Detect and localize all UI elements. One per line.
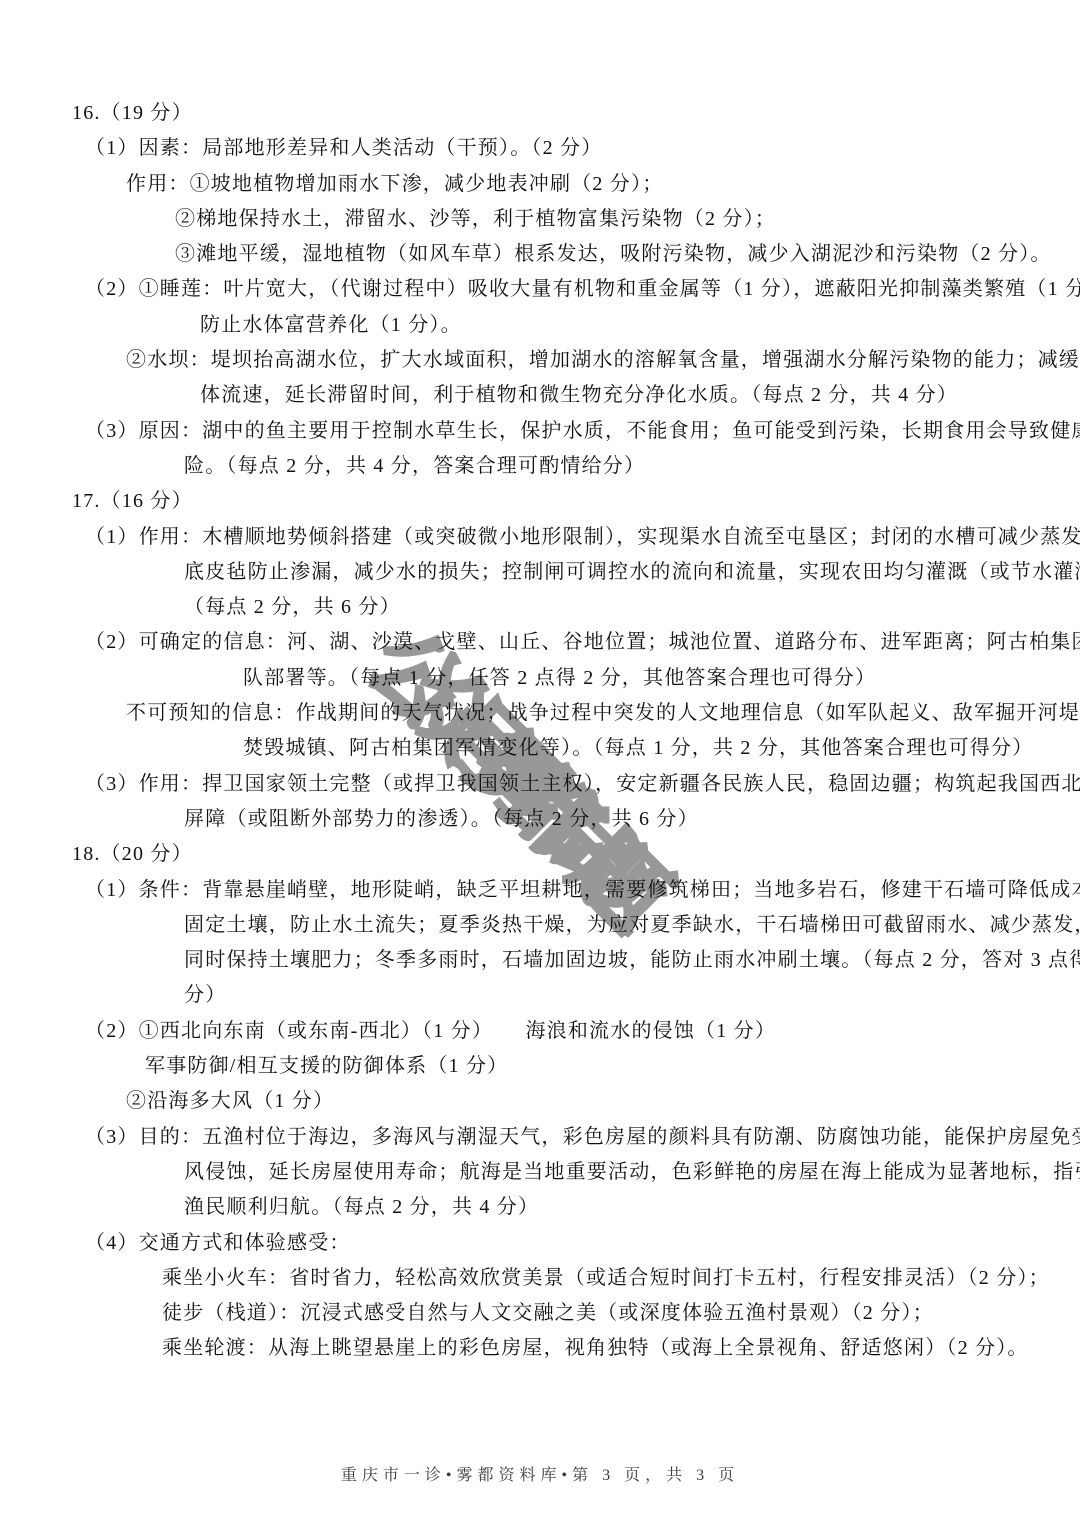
page-footer: 重庆市一诊•雾都资料库•第 3 页，共 3 页 xyxy=(0,1462,1080,1485)
question-heading: 18.（20 分） xyxy=(0,837,1080,872)
answer-line: （1）因素：局部地形差异和人类活动（干预）。（2 分） xyxy=(0,131,1080,166)
answer-line: 队部署等。（每点 1 分，任答 2 点得 2 分，其他答案合理也可得分） xyxy=(0,661,1080,696)
answer-line: （2）可确定的信息：河、湖、沙漠、戈壁、山丘、谷地位置；城池位置、道路分布、进军… xyxy=(0,625,1080,660)
answer-line: 乘坐轮渡：从海上眺望悬崖上的彩色房屋，视角独特（或海上全景视角、舒适悠闲）（2 … xyxy=(0,1331,1080,1366)
question-heading: 16.（19 分） xyxy=(0,96,1080,131)
answer-line: 分） xyxy=(0,978,1080,1013)
answer-line: 渔民顺利归航。（每点 2 分，共 4 分） xyxy=(0,1190,1080,1225)
answer-line: （2）①睡莲：叶片宽大，（代谢过程中）吸收大量有机物和重金属等（1 分），遮蔽阳… xyxy=(0,272,1080,307)
answer-line: 底皮毡防止渗漏，减少水的损失；控制闸可调控水的流向和流量，实现农田均匀灌溉（或节… xyxy=(0,555,1080,590)
document-content: 16.（19 分） （1）因素：局部地形差异和人类活动（干预）。（2 分） 作用… xyxy=(0,96,1080,1367)
answer-line: （3）作用：捍卫国家领土完整（或捍卫我国领土主权），安定新疆各民族人民，稳固边疆… xyxy=(0,767,1080,802)
question-16-answers: 16.（19 分） （1）因素：局部地形差异和人类活动（干预）。（2 分） 作用… xyxy=(0,96,1080,484)
answer-line: （3）原因：湖中的鱼主要用于控制水草生长，保护水质，不能食用；鱼可能受到污染，长… xyxy=(0,414,1080,449)
answer-line: 军事防御/相互支援的防御体系（1 分） xyxy=(0,1049,1080,1084)
answer-line: 体流速，延长滞留时间，利于植物和微生物充分净化水质。（每点 2 分，共 4 分） xyxy=(0,378,1080,413)
answer-line: ②水坝：堤坝抬高湖水位，扩大水域面积，增加湖水的溶解氧含量，增强湖水分解污染物的… xyxy=(0,343,1080,378)
answer-line: 屏障（或阻断外部势力的渗透）。（每点 2 分，共 6 分） xyxy=(0,802,1080,837)
answer-line: ③滩地平缓，湿地植物（如风车草）根系发达，吸附污染物，减少入湖泥沙和污染物（2 … xyxy=(0,237,1080,272)
answer-line: 不可预知的信息：作战期间的天气状况；战争过程中突发的人文地理信息（如军队起义、敌… xyxy=(0,696,1080,731)
question-17-answers: 17.（16 分） （1）作用：木槽顺地势倾斜搭建（或突破微小地形限制），实现渠… xyxy=(0,484,1080,837)
answer-line: 险。（每点 2 分，共 4 分，答案合理可酌情给分） xyxy=(0,449,1080,484)
answer-line: （2）①西北向东南（或东南-西北）（1 分） 海浪和流水的侵蚀（1 分） xyxy=(0,1014,1080,1049)
answer-line: （3）目的：五渔村位于海边，多海风与潮湿天气，彩色房屋的颜料具有防潮、防腐蚀功能… xyxy=(0,1120,1080,1155)
answer-line: ②梯地保持水土，滞留水、沙等，利于植物富集污染物（2 分）； xyxy=(0,202,1080,237)
answer-line: 焚毁城镇、阿古柏集团军情变化等）。（每点 1 分，共 2 分，其他答案合理也可得… xyxy=(0,731,1080,766)
answer-line: （每点 2 分，共 6 分） xyxy=(0,590,1080,625)
answer-line: 徒步（栈道）：沉浸式感受自然与人文交融之美（或深度体验五渔村景观）（2 分）； xyxy=(0,1296,1080,1331)
answer-line: （1）作用：木槽顺地势倾斜搭建（或突破微小地形限制），实现渠水自流至屯垦区；封闭… xyxy=(0,520,1080,555)
question-18-answers: 18.（20 分） （1）条件：背靠悬崖峭壁，地形陡峭，缺乏平坦耕地，需要修筑梯… xyxy=(0,837,1080,1366)
answer-line: 同时保持土壤肥力；冬季多雨时，石墙加固边坡，能防止雨水冲刷土壤。（每点 2 分，… xyxy=(0,943,1080,978)
answer-line: （1）条件：背靠悬崖峭壁，地形陡峭，缺乏平坦耕地，需要修筑梯田；当地多岩石，修建… xyxy=(0,873,1080,908)
answer-line: 乘坐小火车：省时省力，轻松高效欣赏美景（或适合短时间打卡五村，行程安排灵活）（2… xyxy=(0,1261,1080,1296)
answer-line: 固定土壤，防止水土流失；夏季炎热干燥，为应对夏季缺水，干石墙梯田可截留雨水、减少… xyxy=(0,908,1080,943)
answer-line: 防止水体富营养化（1 分）。 xyxy=(0,308,1080,343)
answer-sheet-page: 公众号雾都试题 16.（19 分） （1）因素：局部地形差异和人类活动（干预）。… xyxy=(0,0,1080,1528)
question-heading: 17.（16 分） xyxy=(0,484,1080,519)
answer-line: （4）交通方式和体验感受： xyxy=(0,1226,1080,1261)
answer-line: 作用：①坡地植物增加雨水下渗，减少地表冲刷（2 分）； xyxy=(0,167,1080,202)
answer-line: ②沿海多大风（1 分） xyxy=(0,1084,1080,1119)
answer-line: 风侵蚀，延长房屋使用寿命；航海是当地重要活动，色彩鲜艳的房屋在海上能成为显著地标… xyxy=(0,1155,1080,1190)
